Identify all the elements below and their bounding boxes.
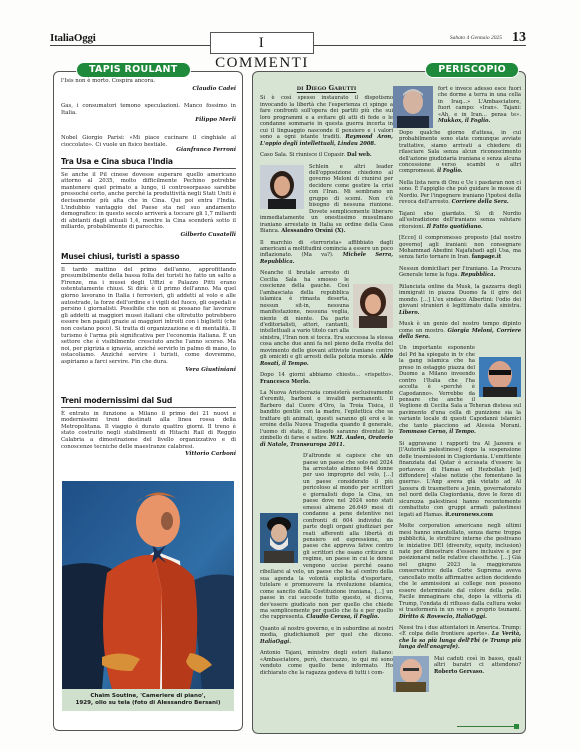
quote-item: Rilanciata online da Musk, la gazzarra d… (399, 284, 521, 316)
article-title: Tra Usa e Cina sbuca l'India (61, 159, 236, 169)
article-author: Gilberto Cusatelli (61, 232, 236, 239)
quote-item: Molte corporation americane negli ultimi… (399, 523, 521, 620)
quote-item: Il marchio di «terrorista» affibbiato da… (260, 240, 393, 266)
section-title: I COMMENTI (210, 32, 314, 54)
person-photo-icon (479, 357, 521, 397)
quote-item: Dopo 14 giorni abbiamo chiesto... «rispe… (260, 372, 393, 385)
quote-item: Musk è un genio del nostro tempo dipinto… (399, 321, 521, 340)
person-photo-icon (260, 513, 298, 563)
soutine-painting-icon (62, 481, 234, 689)
quote-item: Neanche il brutale arresto di Cecilia Sa… (260, 270, 393, 367)
portrait-tajani (393, 86, 433, 128)
quote-item: Dopo qualche giorno d'attesa, in cui pro… (399, 130, 521, 175)
square-icon (514, 724, 519, 729)
quote-item: Si aggravano i rapporti tra Al Jazeera e… (399, 441, 521, 518)
person-photo-icon (393, 656, 429, 692)
article-title: Musei chiusi, turisti a spasso (61, 254, 236, 264)
quote-item: [Ecco] il compromesso proposto [dal nost… (399, 235, 521, 261)
tapis-roulant-box: TAPIS ROULANT l'Isis non è morto. Cospir… (53, 71, 243, 731)
article-author: Vittorio Carboni (61, 451, 236, 458)
end-of-article-mark (457, 726, 517, 727)
article-india: Tra Usa e Cina sbuca l'India Se anche il… (61, 159, 236, 239)
quote-item: Si è così spesso instaurato il dispotism… (260, 95, 393, 147)
portrait-sala (353, 284, 393, 328)
quote-item: Caso Sala. Si riunisce il Copasir. Dal w… (260, 152, 393, 158)
quote-item: Nobel Giorgio Parisi: «Mi piace cucinare… (61, 135, 236, 154)
person-photo-icon (353, 284, 393, 328)
tapis-roulant-badge: TAPIS ROULANT (76, 62, 191, 78)
quote-author: Claudio Cadei (61, 86, 236, 93)
quote-item: Antonio Tajani, ministro degli esteri it… (260, 650, 393, 676)
quote-item: Nessi tra i due attentatori in America. … (399, 625, 521, 651)
article-author: Vera Giustiniani (61, 367, 236, 374)
quote-item: Nessun domiciliari per l'iraniano. La Pr… (399, 266, 521, 279)
portrait-khamenei (260, 513, 298, 563)
quote-item: D'altronde si capisce che un paese un pa… (260, 453, 393, 621)
quote-item: La Nuova Aristocrazia consisterà esclusi… (260, 390, 393, 448)
quote-item: Mai caduti così in basso, quali altri ba… (399, 656, 521, 675)
quote-author: Filippo Merli (61, 117, 236, 124)
author-byline: di Diego Gabutti (260, 85, 393, 91)
person-photo-icon (260, 165, 304, 209)
quote-item: fort e invece adesso esce fuori che dorm… (399, 86, 521, 125)
page-number: 13 (512, 30, 526, 46)
quote-item: Tajani sbu giardato. Sì di Nordio all'es… (399, 211, 521, 230)
quote-item: Quanto al nostro governo, e in subordine… (260, 626, 393, 645)
painting-caption: Chaïm Soutine, 'Cameriere di piano', 192… (62, 689, 234, 711)
article-title: Treni modernissimi dal Sud (61, 398, 236, 408)
periscopio-column-2: fort e invece adesso esce fuori che dorm… (399, 86, 521, 693)
quote-item: Nella lista nera di Onu e Ue i pasdaran … (399, 180, 521, 206)
quote-item: Gas, i consumatori temono speculazioni. … (61, 103, 236, 124)
periscopio-column-1: di Diego Gabutti Si è così spesso instau… (260, 71, 393, 681)
quote-item: Un importante esponente del Pd ha spiega… (399, 345, 521, 435)
quote-item: Schlein e altri leader dell'opposizione … (260, 164, 393, 235)
portrait-cerno (479, 357, 521, 397)
masthead: ItaliaOggi I COMMENTI Sabato 4 Gennaio 2… (50, 30, 526, 54)
dateline: Sabato 4 Gennaio 2025 (450, 35, 502, 41)
periscopio-badge: PERISCOPIO (425, 62, 519, 78)
newspaper-logo: ItaliaOggi (50, 32, 96, 44)
article-musei: Musei chiusi, turisti a spasso Il tardo … (61, 254, 236, 373)
person-photo-icon (393, 86, 433, 128)
periscopio-box: PERISCOPIO di Diego Gabutti Si è così sp… (252, 71, 526, 734)
portrait-gervaso (393, 656, 429, 692)
portrait-schlein (260, 165, 304, 209)
painting-image (62, 481, 234, 689)
article-treni: Treni modernissimi dal Sud È entrato in … (61, 398, 236, 458)
quote-item: l'Isis non è morto. Cospira ancora. Clau… (61, 78, 236, 92)
